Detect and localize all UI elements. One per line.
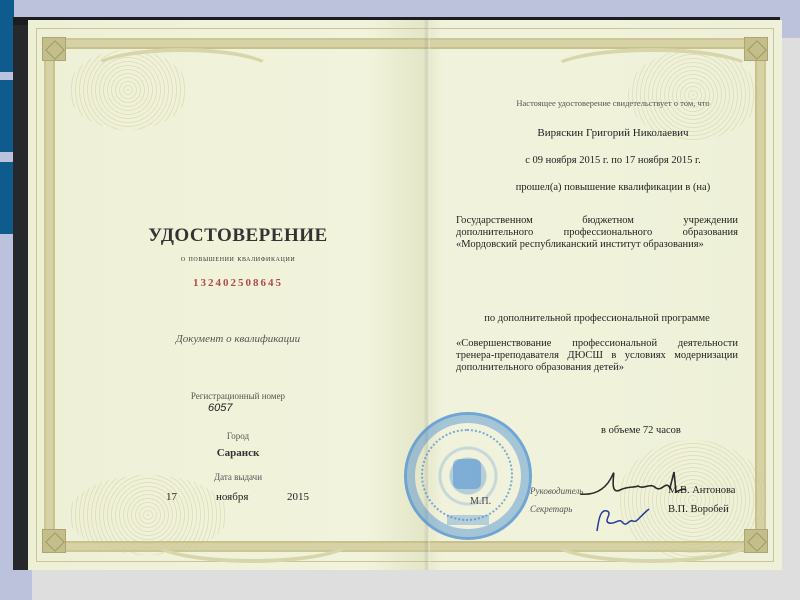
stamp-mark: М.П. — [470, 496, 491, 507]
issue-month: ноября — [216, 491, 248, 503]
program-line-3: дополнительного образования детей» — [456, 362, 738, 373]
registration-number: 6057 — [208, 402, 232, 414]
side-block-2 — [0, 80, 14, 152]
secretary-role: Секретарь — [530, 504, 572, 514]
program-label: по дополнительной профессиональной прогр… — [456, 313, 738, 324]
certificate-document: УДОСТОВЕРЕНИЕ о повышении квалификации 1… — [28, 20, 782, 570]
head-name: М.В. Антонова — [668, 485, 735, 496]
program-line-1: «Совершенствование профессиональной деят… — [456, 338, 738, 349]
stamp-bar — [447, 515, 489, 525]
program-line-2: тренера-преподавателя ДЮСШ в условиях мо… — [456, 350, 738, 361]
issue-day: 17 — [166, 491, 177, 503]
issue-year: 2015 — [287, 491, 309, 503]
serial-number: 132402508645 — [138, 277, 338, 289]
registration-label: Регистрационный номер — [138, 391, 338, 401]
document-kind: Документ о квалификации — [138, 333, 338, 345]
full-name: Виряскин Григорий Николаевич — [478, 127, 748, 139]
bottom-margin — [32, 570, 800, 600]
right-margin — [782, 38, 800, 570]
city-value: Саранск — [138, 447, 338, 459]
institution-line-2: дополнительного профессионального образо… — [456, 227, 738, 238]
certificate-title: УДОСТОВЕРЕНИЕ — [138, 225, 338, 247]
stamp-emblem-icon — [453, 459, 481, 489]
head-role: Руководитель — [530, 486, 583, 496]
completed-text: прошел(а) повышение квалификации в (на) — [478, 182, 748, 193]
right-page: Настоящее удостоверение свидетельствует … — [428, 20, 782, 570]
left-page: УДОСТОВЕРЕНИЕ о повышении квалификации 1… — [28, 20, 426, 570]
official-stamp — [404, 412, 532, 540]
study-period: с 09 ноября 2015 г. по 17 ноября 2015 г. — [478, 155, 748, 166]
secretary-name: В.П. Воробей — [668, 504, 729, 515]
certificate-subtitle: о повышении квалификации — [138, 253, 338, 263]
side-block-1 — [0, 0, 14, 72]
intro-text: Настоящее удостоверение свидетельствует … — [478, 98, 748, 108]
institution-line-3: «Мордовский республиканский институт обр… — [456, 239, 746, 250]
volume-hours: в объеме 72 часов — [601, 425, 681, 436]
scan-shadow-left — [13, 17, 29, 570]
issue-date-label: Дата выдачи — [138, 472, 338, 482]
side-block-3 — [0, 162, 14, 234]
city-label: Город — [138, 431, 338, 441]
institution-line-1: Государственном бюджетном учреждении — [456, 215, 738, 226]
